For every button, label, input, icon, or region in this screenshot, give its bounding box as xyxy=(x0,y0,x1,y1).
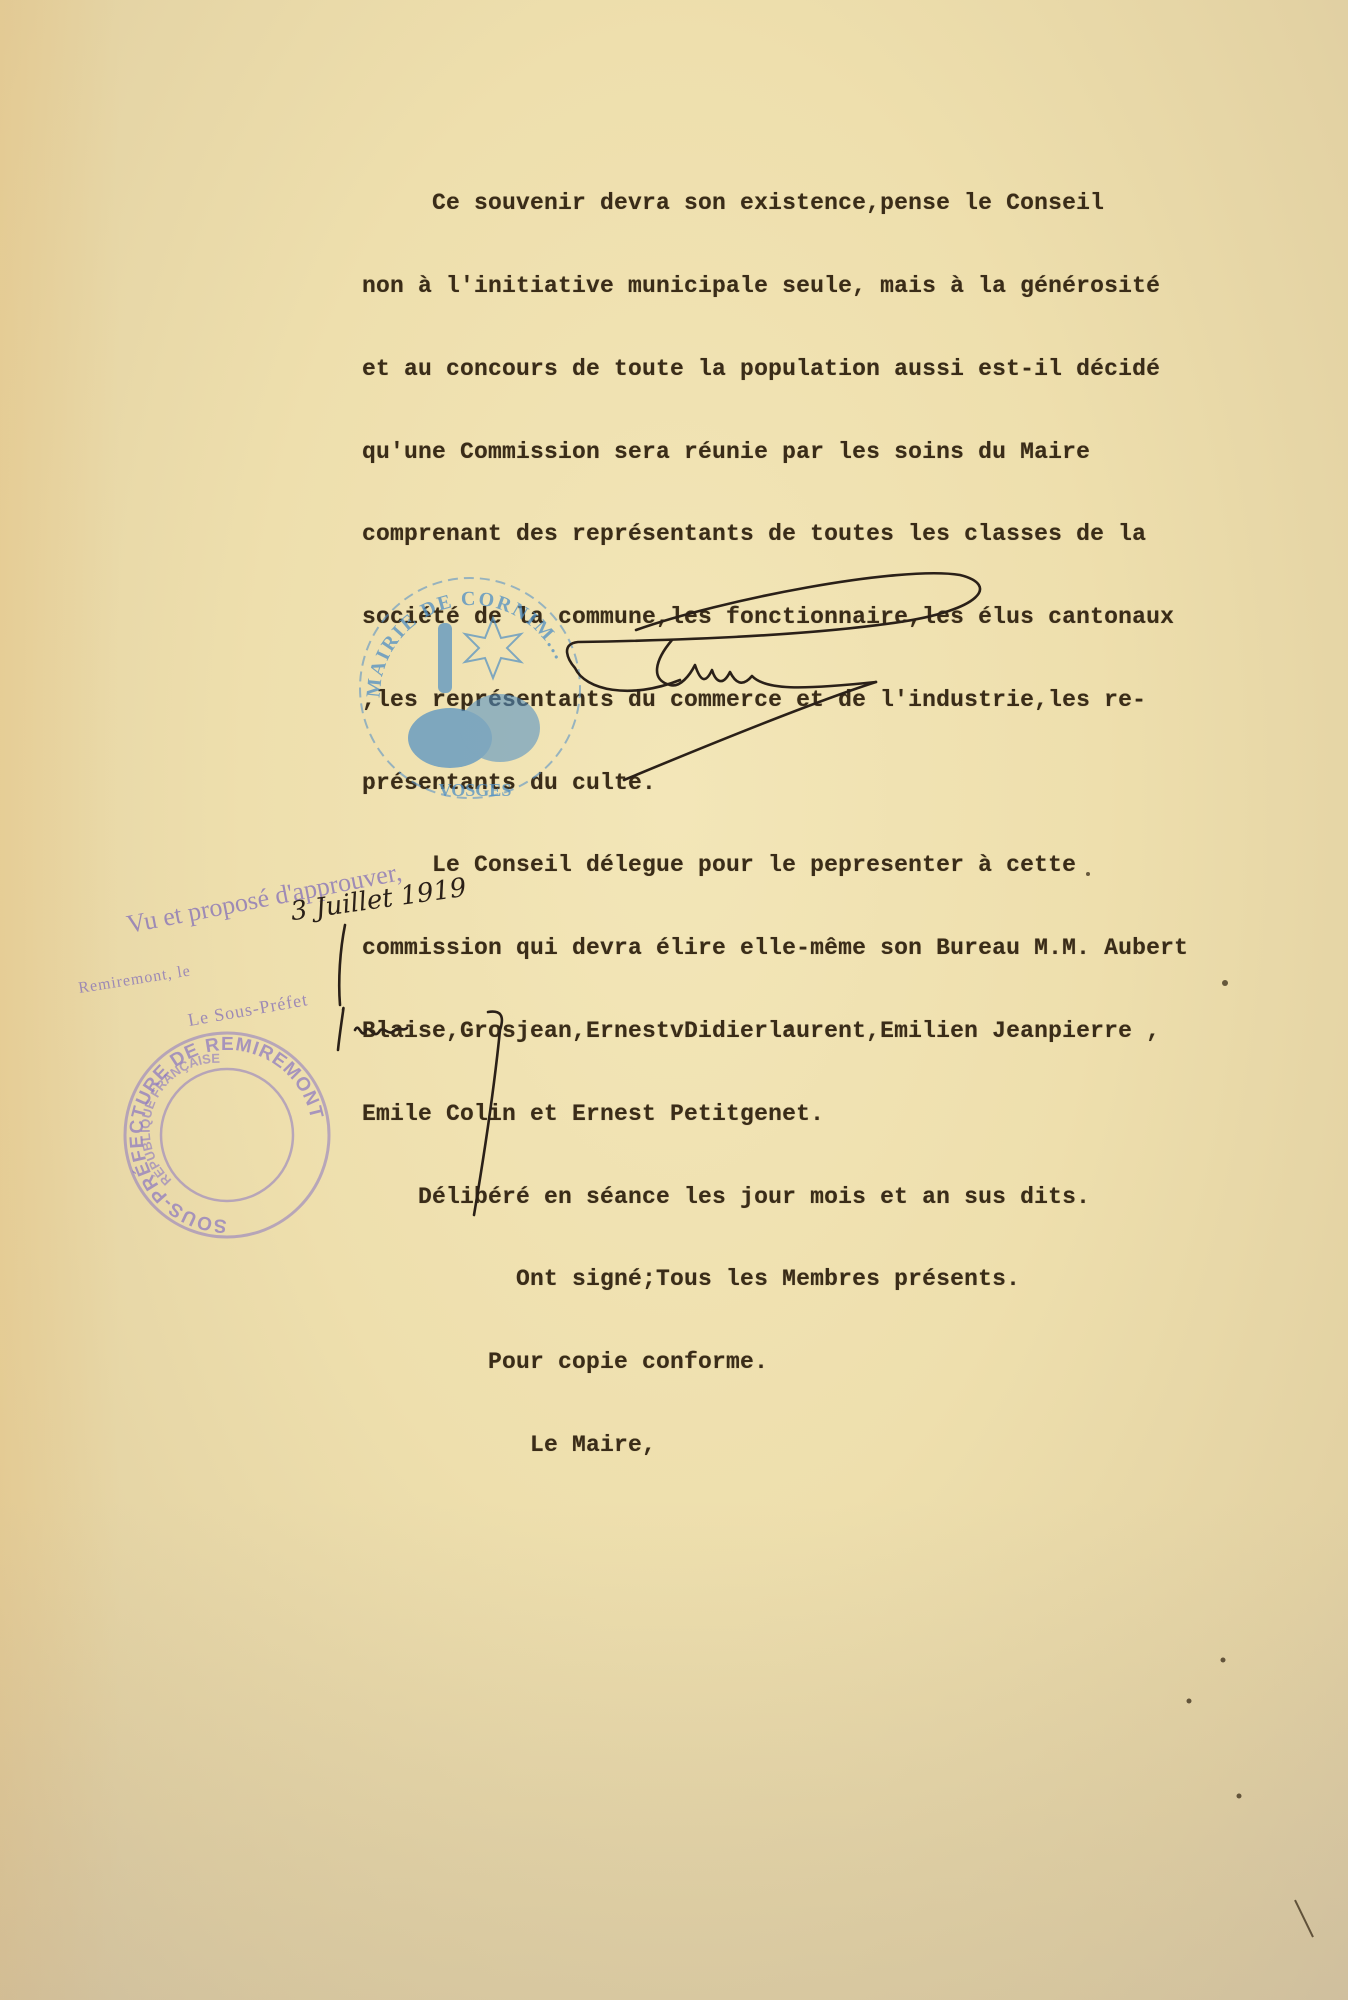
typed-line: Ont signé;Tous les Membres présents. xyxy=(362,1266,1348,1294)
svg-text:VOSGES: VOSGES xyxy=(439,780,512,800)
typed-line: Le Maire, xyxy=(362,1432,1348,1460)
approval-stamp: Vu et proposé d'approuver, Remiremont, l… xyxy=(120,850,580,1030)
typed-line: Emile Colin et Ernest Petitgenet. xyxy=(362,1101,1348,1129)
typed-line: et au concours de toute la population au… xyxy=(362,356,1348,384)
typed-line: non à l'initiative municipale seule, mai… xyxy=(362,273,1348,301)
mairie-stamp-icon: MAIRIE DE CORNIM... VOSGES xyxy=(350,568,590,808)
paper-shadow xyxy=(0,1500,1348,2000)
document-page: Ce souvenir devra son existence,pense le… xyxy=(0,0,1348,2000)
typed-line: Délibéré en séance les jour mois et an s… xyxy=(362,1184,1348,1212)
typed-deliberation-text: Ce souvenir devra son existence,pense le… xyxy=(362,135,1348,1515)
prefecture-stamp-icon: SOUS-PRÉFECTURE DE REMIREMONT RÉPUBLIQUE… xyxy=(112,1020,342,1250)
typed-line: Pour copie conforme. xyxy=(362,1349,1348,1377)
typed-line: comprenant des représentants de toutes l… xyxy=(362,521,1348,549)
svg-text:SOUS-PRÉFECTURE DE REMIREMONT: SOUS-PRÉFECTURE DE REMIREMONT xyxy=(126,1034,327,1236)
typed-line: Ce souvenir devra son existence,pense le… xyxy=(362,190,1348,218)
typed-line: qu'une Commission sera réunie par les so… xyxy=(362,439,1348,467)
